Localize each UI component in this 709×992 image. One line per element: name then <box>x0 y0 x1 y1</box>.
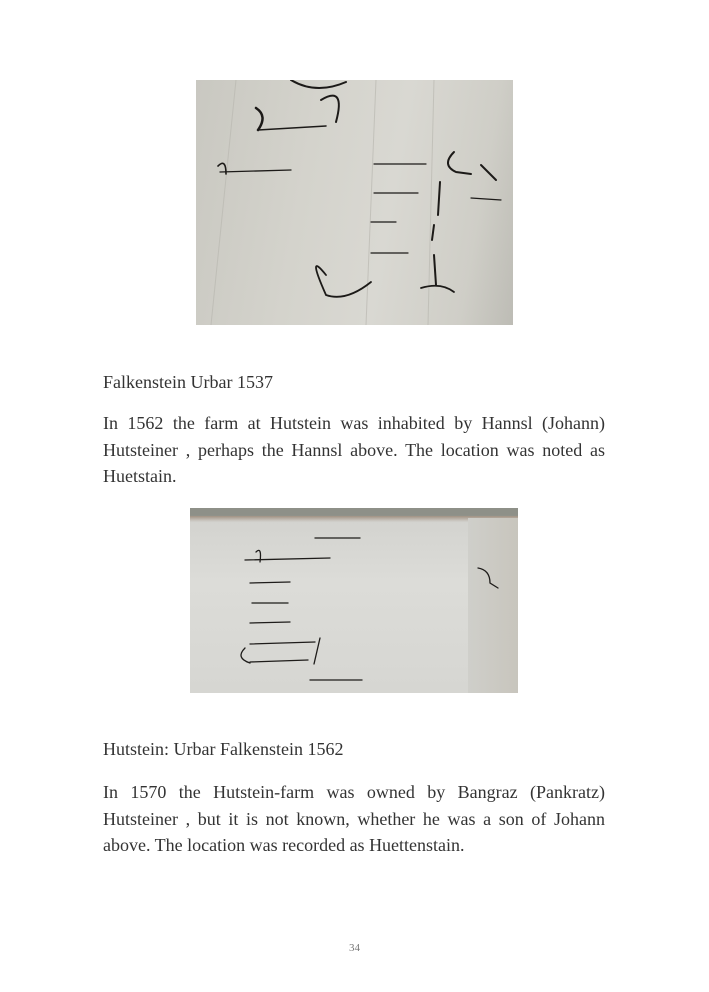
page-number: 34 <box>0 942 709 954</box>
body-paragraph-2: In 1570 the Hutstein-farm was owned by B… <box>103 779 605 859</box>
document-page: Falkenstein Urbar 1537 In 1562 the farm … <box>0 0 709 992</box>
handwriting-illustration <box>190 508 518 693</box>
manuscript-image-1537 <box>196 80 513 325</box>
body-paragraph-1: In 1562 the farm at Hutstein was inhabit… <box>103 410 605 490</box>
manuscript-image-1562 <box>190 508 518 693</box>
handwriting-illustration <box>196 80 513 325</box>
figure-caption-2: Hutstein: Urbar Falkenstein 1562 <box>103 736 343 762</box>
figure-caption-1: Falkenstein Urbar 1537 <box>103 369 273 395</box>
